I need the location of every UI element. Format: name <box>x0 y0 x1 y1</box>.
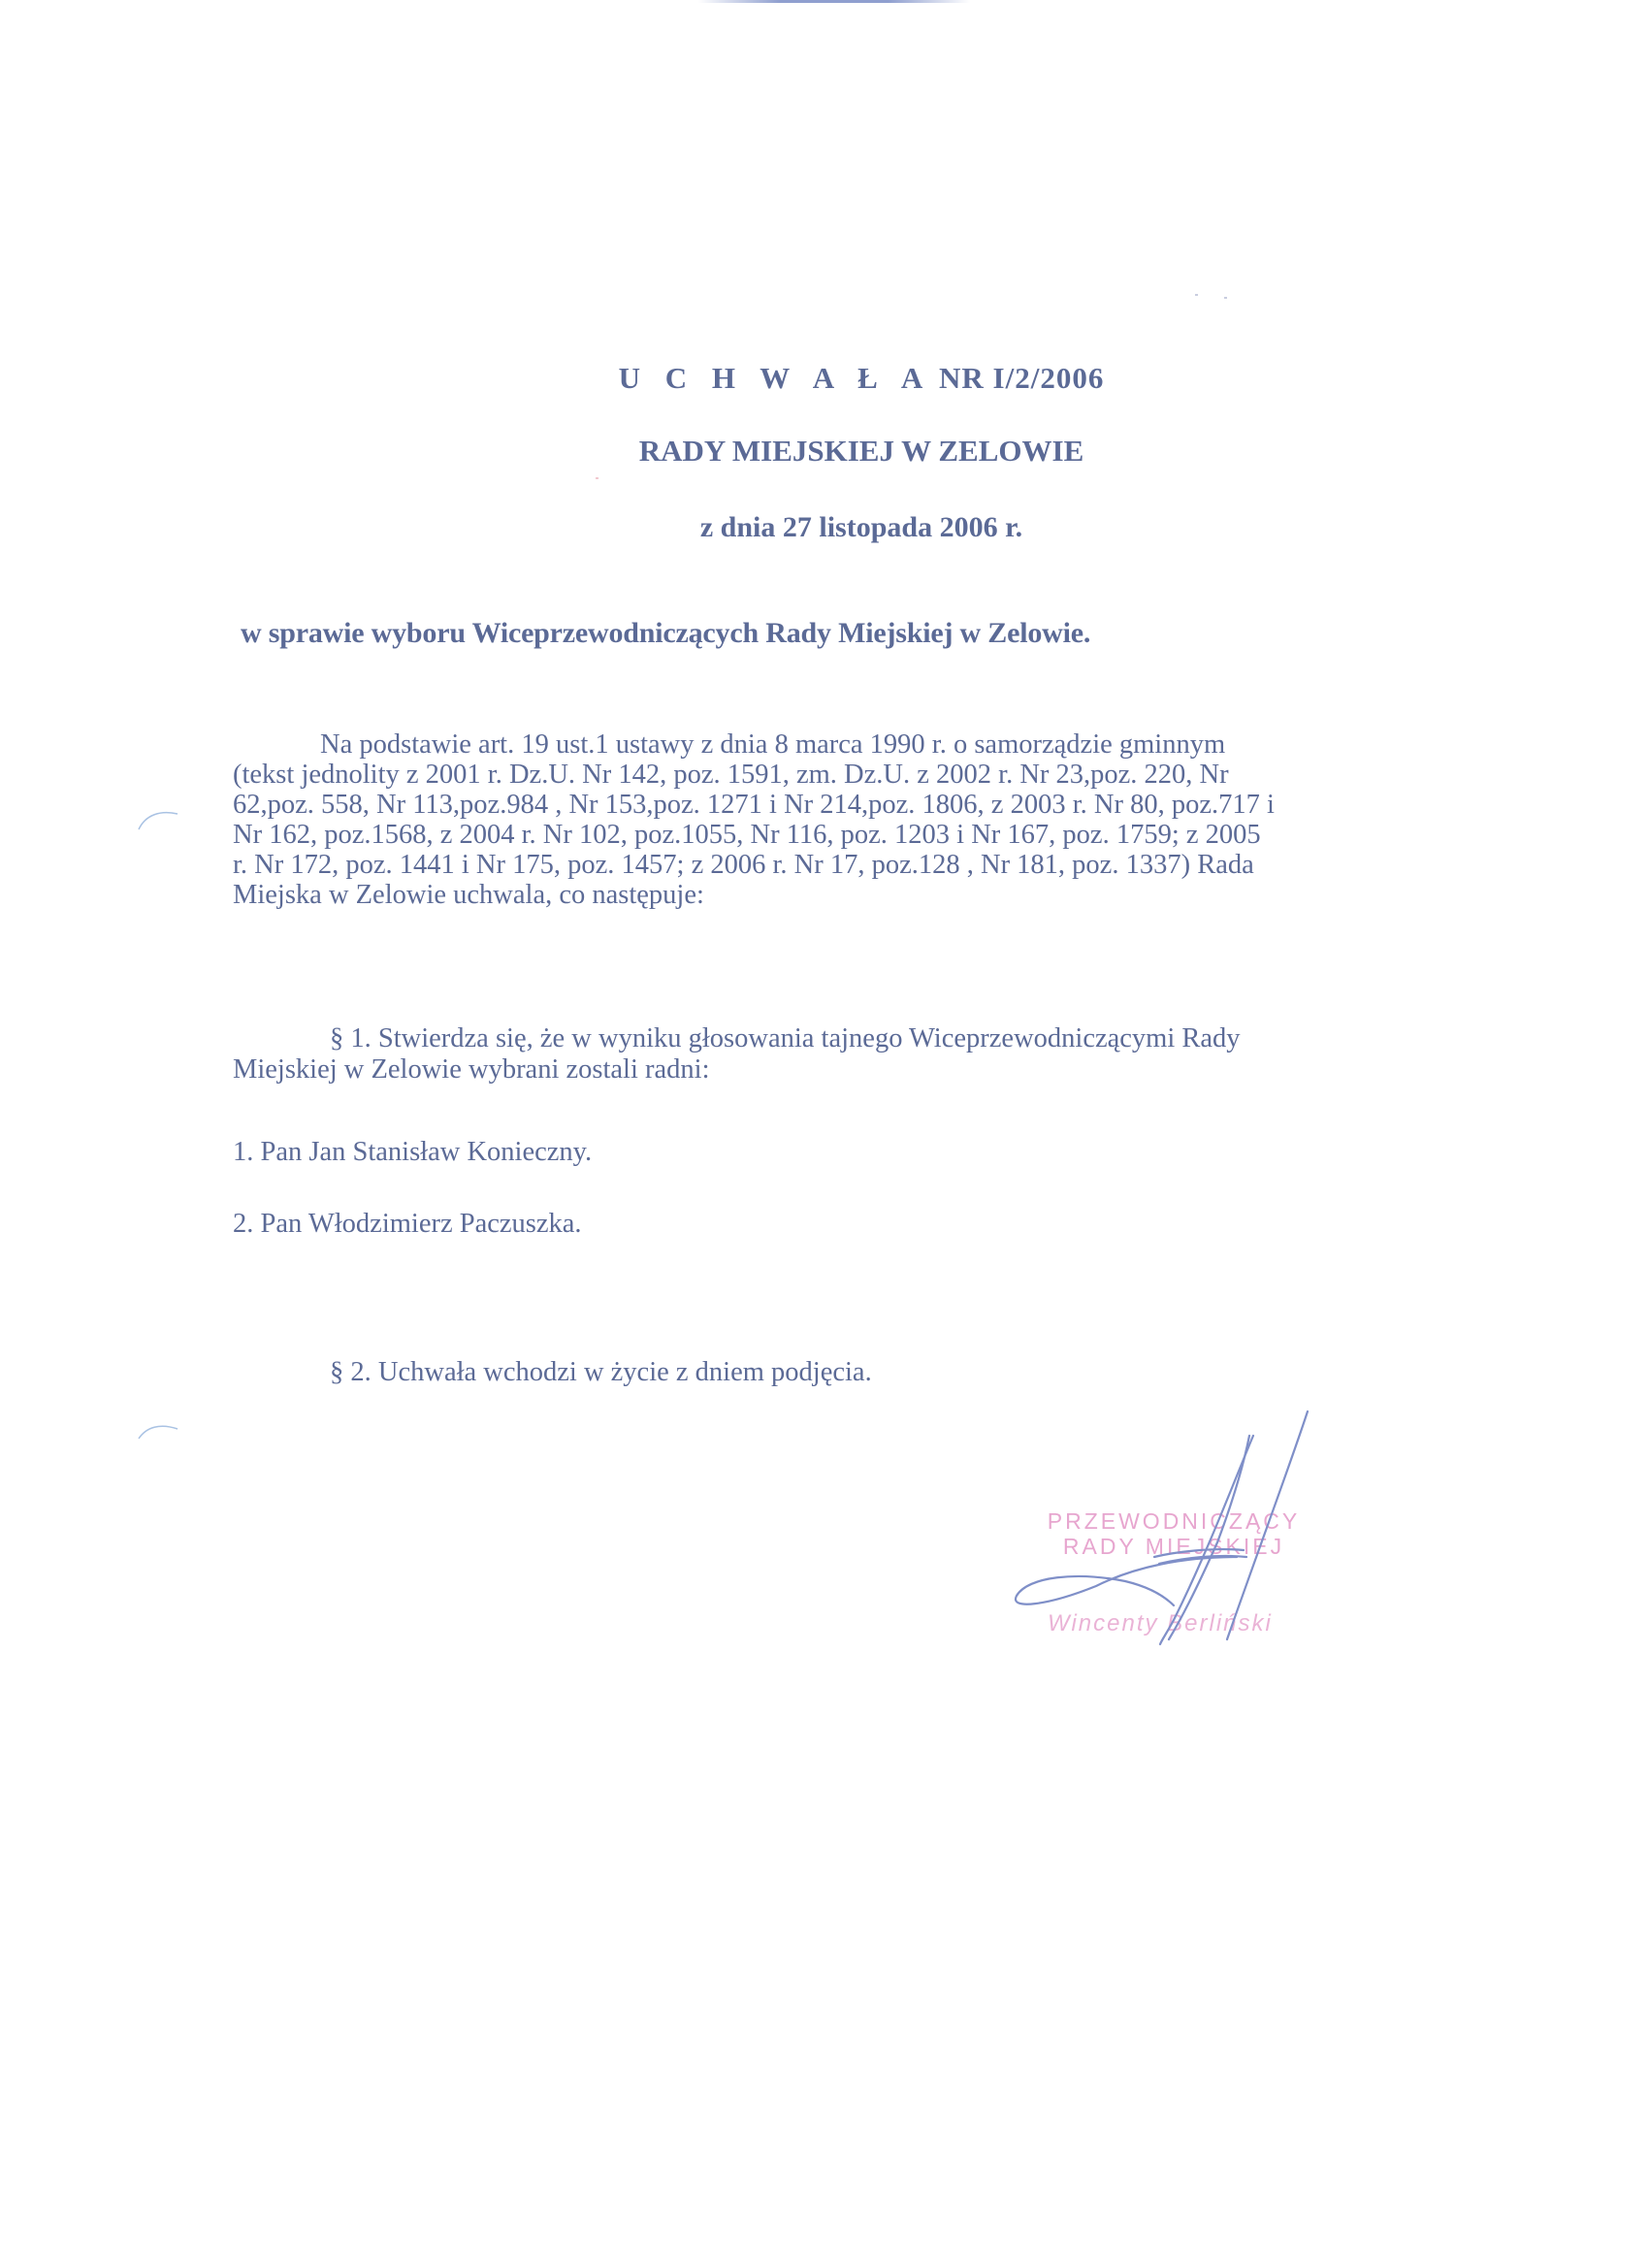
scan-speck <box>1224 297 1227 299</box>
preamble-line: Nr 162, poz.1568, z 2004 r. Nr 102, poz.… <box>233 820 1445 850</box>
preamble-line: (tekst jednolity z 2001 r. Dz.U. Nr 142,… <box>233 760 1445 790</box>
handwritten-signature <box>989 1397 1377 1669</box>
scan-top-edge <box>698 0 970 3</box>
council-name: RADY MIEJSKIEJ W ZELOWIE <box>37 434 1649 469</box>
section-1-line: § 1. Stwierdza się, że w wyniku głosowan… <box>233 1023 1445 1054</box>
elected-councillor-1: 1. Pan Jan Stanisław Konieczny. <box>233 1137 592 1168</box>
section-1-line: Miejskiej w Zelowie wybrani zostali radn… <box>233 1054 1445 1085</box>
section-2: § 2. Uchwała wchodzi w życie z dniem pod… <box>330 1357 872 1388</box>
section-1: § 1. Stwierdza się, że w wyniku głosowan… <box>233 1023 1445 1085</box>
resolution-date: z dnia 27 listopada 2006 r. <box>37 511 1649 544</box>
resolution-word: U C H W A Ł A <box>619 361 932 395</box>
scan-speck <box>1195 294 1198 296</box>
scan-margin-mark <box>131 800 189 839</box>
resolution-title: U C H W A Ł A NR I/2/2006 <box>37 361 1649 396</box>
preamble-line: r. Nr 172, poz. 1441 i Nr 175, poz. 1457… <box>233 850 1445 880</box>
elected-councillor-2: 2. Pan Włodzimierz Paczuszka. <box>233 1209 582 1240</box>
preamble-line: Na podstawie art. 19 ust.1 ustawy z dnia… <box>233 729 1445 760</box>
scan-margin-mark <box>131 1411 189 1450</box>
resolution-number: NR I/2/2006 <box>939 361 1104 395</box>
legal-basis-paragraph: Na podstawie art. 19 ust.1 ustawy z dnia… <box>233 729 1445 910</box>
scan-speck <box>596 477 598 479</box>
preamble-line: Miejska w Zelowie uchwala, co następuje: <box>233 880 1445 910</box>
resolution-subject: w sprawie wyboru Wiceprzewodniczących Ra… <box>241 617 1090 650</box>
preamble-line: 62,poz. 558, Nr 113,poz.984 , Nr 153,poz… <box>233 790 1445 820</box>
